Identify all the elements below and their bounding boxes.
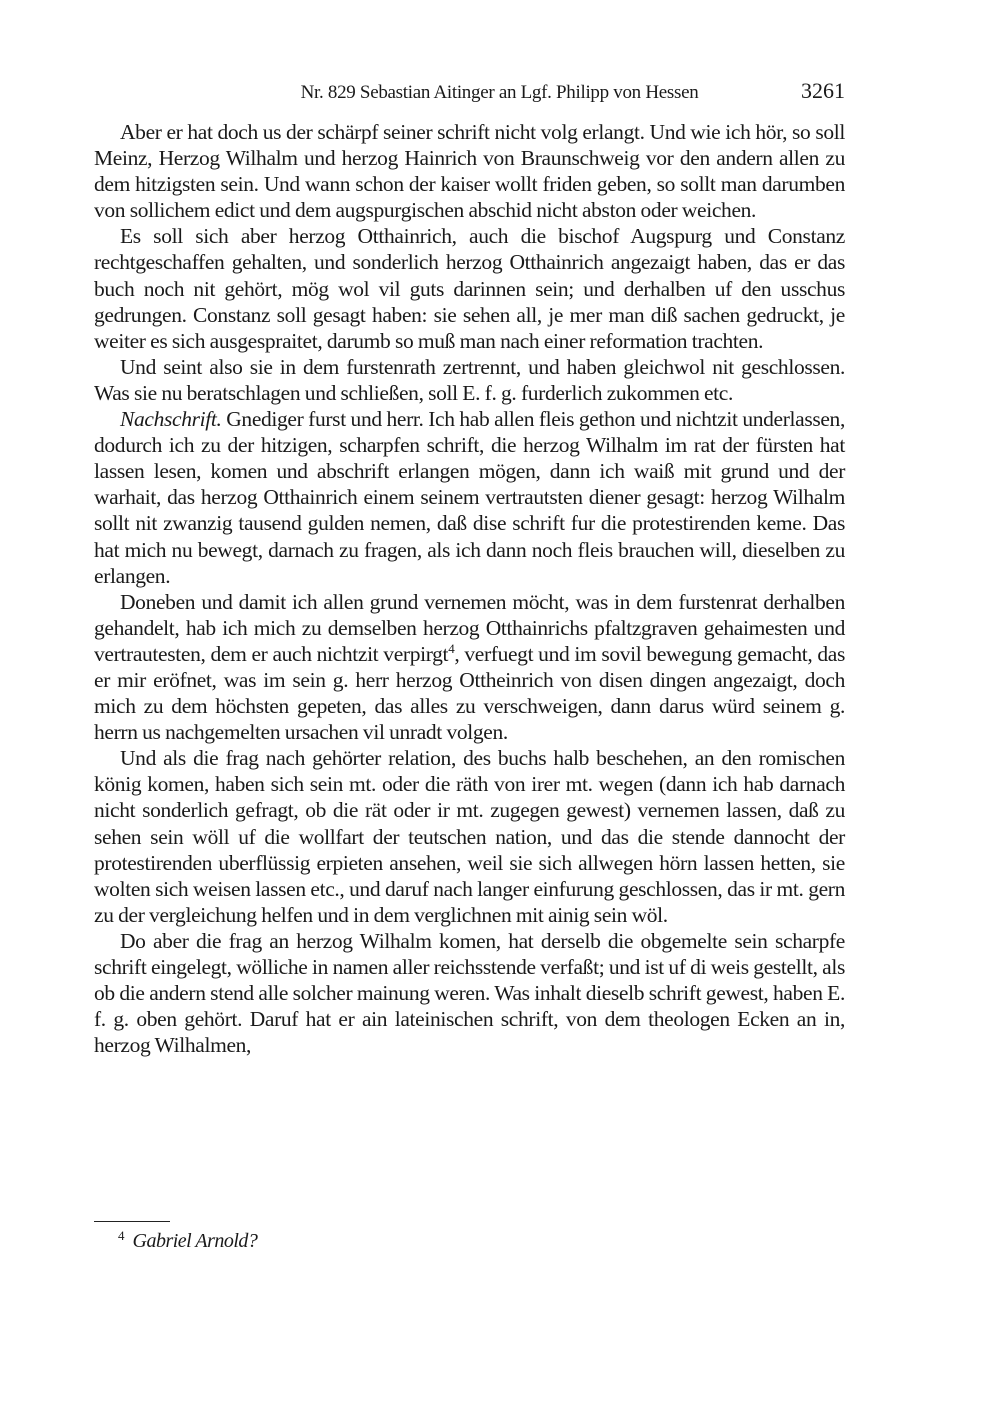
paragraph: Und seint also sie in dem furstenrath ze… [94,354,845,406]
running-title: Nr. 829 Sebastian Aitinger an Lgf. Phili… [94,82,845,104]
paragraph: Und als die frag nach gehörter relation,… [94,745,845,928]
footnote-text: Gabriel Arnold? [133,1230,258,1252]
paragraph-text: Gnediger furst und herr. Ich hab allen f… [94,407,845,588]
footnote: 4Gabriel Arnold? [118,1228,257,1253]
footnote-separator [94,1221,170,1222]
page-number: 3261 [801,78,845,104]
paragraph: Do aber die frag an herzog Wilhalm komen… [94,928,845,1058]
footnote-mark: 4 [118,1228,125,1243]
paragraph: Es soll sich aber herzog Otthainrich, au… [94,223,845,353]
paragraph: Doneben und damit ich allen grund vernem… [94,589,845,746]
nachschrift-label: Nachschrift. [120,407,222,431]
body-text: Aber er hat doch us der schärpf seiner s… [94,119,845,1058]
running-header: Nr. 829 Sebastian Aitinger an Lgf. Phili… [94,78,845,108]
paragraph: Aber er hat doch us der schärpf seiner s… [94,119,845,223]
paragraph-nachschrift: Nachschrift. Gnediger furst und herr. Ic… [94,406,845,589]
